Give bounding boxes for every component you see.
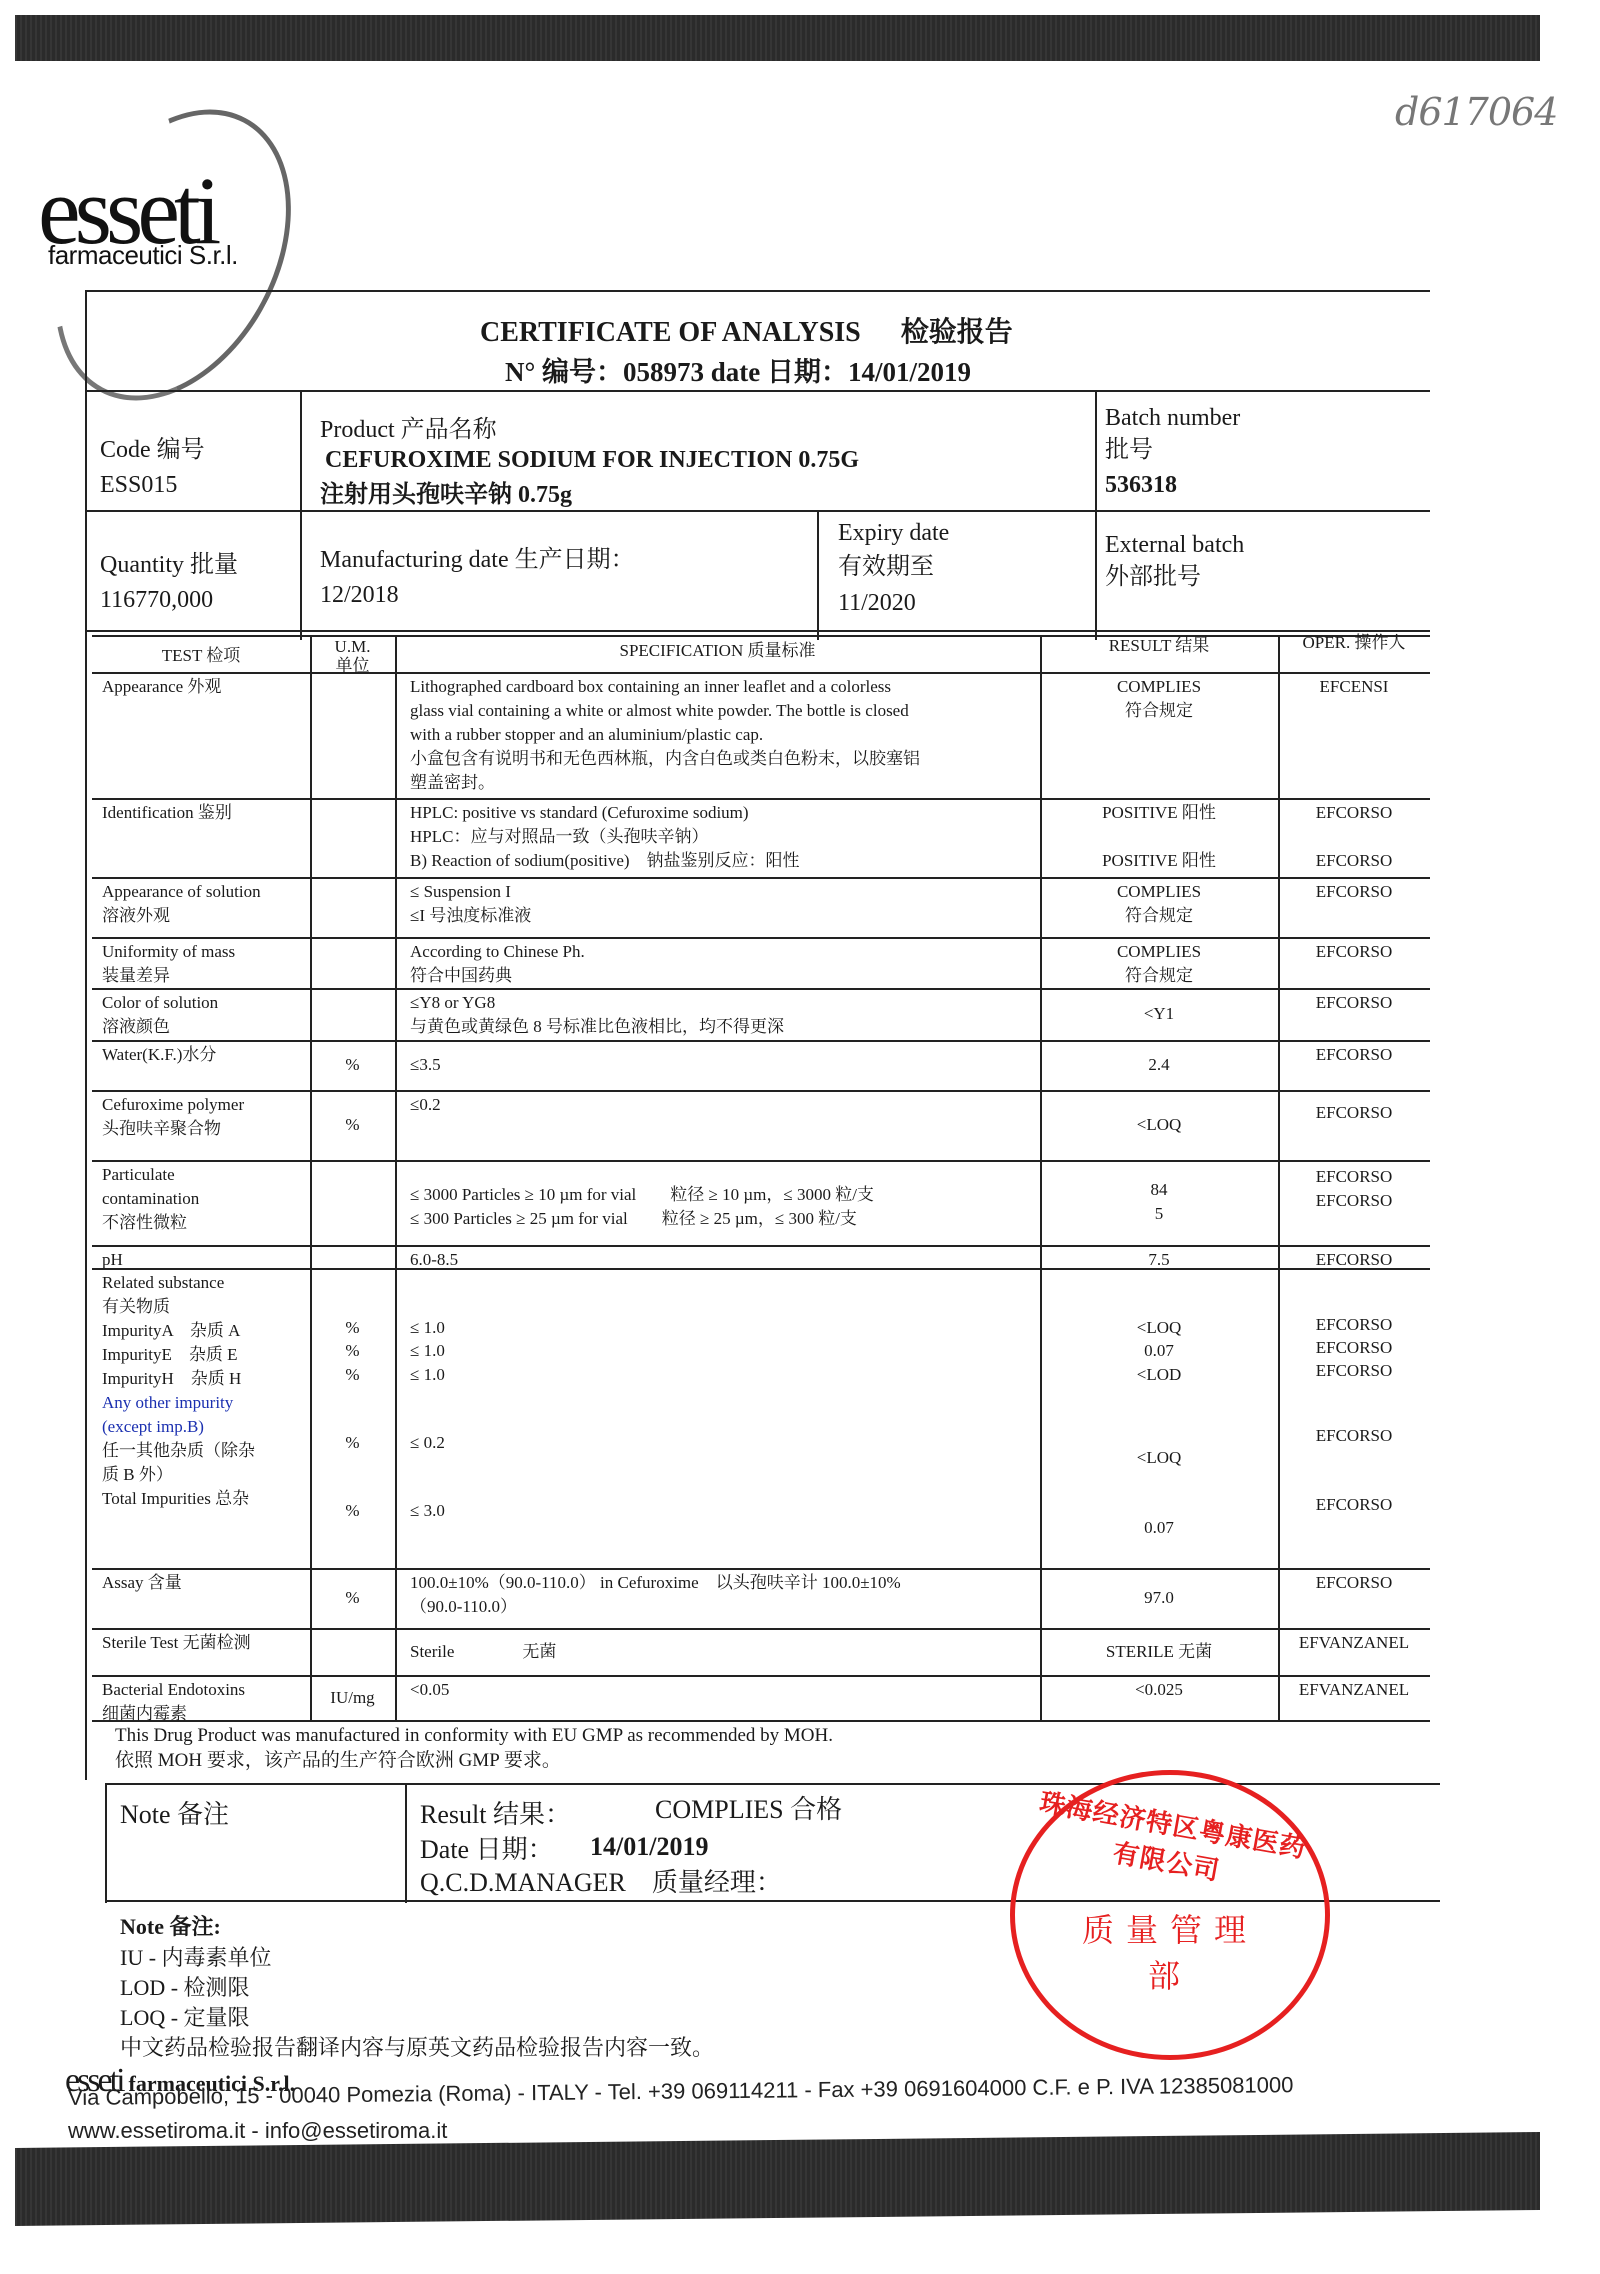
note-item: IU - 内毒素单位 [120,1943,272,1973]
operator: EFCORSO [1278,1166,1430,1188]
test-name: 有关物质 [102,1296,306,1318]
result-value: 符合规定 [1040,965,1278,987]
specification: ≤0.2 [410,1094,1035,1116]
result-value: 97.0 [1040,1587,1278,1609]
operator: EFCORSO [1278,1494,1430,1516]
specification: ≤ 1.0 [410,1364,1035,1386]
specification: ≤ 1.0 [410,1340,1035,1362]
result-value: 符合规定 [1040,905,1278,927]
test-name: Bacterial Endotoxins [102,1679,306,1701]
specification: Lithographed cardboard box containing an… [410,676,1035,698]
specification: ≤ 3000 Particles ≥ 10 µm for vial 粒径 ≥ 1… [410,1184,1035,1206]
company-seal: 珠海经济特区粤康医药有限公司 质量管理部 [1010,1770,1330,2060]
result-value: <LOQ [1040,1114,1278,1136]
test-name: Any other impurity [102,1392,306,1414]
code-value: ESS015 [100,470,177,500]
certificate-number-date: N° 编号：058973 date 日期：14/01/2019 [505,350,971,389]
operator: EFCORSO [1278,1249,1430,1271]
specification: B) Reaction of sodium(positive) 钠盐鉴别反应：阳… [410,850,1035,872]
unit: % [310,1054,395,1076]
company-logo: esseti farmaceutici S.r.l. [38,140,308,350]
external-batch-label-en: External batch [1105,530,1244,560]
note-item: LOD - 检测限 [120,1973,250,2003]
test-name: pH [102,1249,306,1271]
test-name: Sterile Test 无菌检测 [102,1632,306,1654]
result-value: COMPLIES [1040,941,1278,963]
result-value: COMPLIES [1040,676,1278,698]
result-value: <LOQ [1040,1447,1278,1469]
gmp-statement-en: This Drug Product was manufactured in co… [115,1725,833,1747]
test-name: Water(K.F.)水分 [102,1044,306,1066]
test-name: Total Impurities 总杂 [102,1488,306,1510]
result-value: 2.4 [1040,1054,1278,1076]
test-name: Related substance [102,1272,306,1294]
test-name: ImpurityE 杂质 E [102,1344,306,1366]
operator: EFCORSO [1278,1360,1430,1382]
result-value: 符合规定 [1040,700,1278,722]
product-name-en: CEFUROXIME SODIUM FOR INJECTION 0.75G [325,445,859,475]
result-value: 7.5 [1040,1249,1278,1271]
operator: EFCORSO [1278,1190,1430,1212]
operator: EFVANZANEL [1278,1679,1430,1701]
operator: EFCORSO [1278,992,1430,1014]
specification: 塑盖密封。 [410,772,1035,794]
batch-label-cn: 批号 [1105,435,1153,465]
specification: 小盒包含有说明书和无色西林瓶，内含白色或类白色粉末，以胶塞铝 [410,748,1035,770]
specification: with a rubber stopper and an aluminium/p… [410,724,1035,746]
result-value: STERILE 无菌 [1040,1641,1278,1663]
result-value: 84 [1040,1179,1278,1201]
test-name: 细菌内霉素 [102,1703,306,1725]
test-name: Color of solution [102,992,306,1014]
test-name: contamination [102,1188,306,1210]
operator: EFCORSO [1278,941,1430,963]
expiry-label-cn: 有效期至 [838,552,934,582]
test-name: ImpurityH 杂质 H [102,1368,306,1390]
operator: EFCORSO [1278,1572,1430,1594]
header-test: TEST 检项 [92,645,310,667]
test-name: 装量差异 [102,965,306,987]
translation-note: 中文药品检验报告翻译内容与原英文药品检验报告内容一致。 [120,2033,714,2063]
operator: EFCORSO [1278,1314,1430,1336]
specification: HPLC：应与对照品一致（头孢呋辛钠） [410,826,1035,848]
specification: ≤Y8 or YG8 [410,992,1035,1014]
header-specification: SPECIFICATION 质量标准 [395,640,1040,662]
operator: EFCORSO [1278,881,1430,903]
header-result: RESULT 结果 [1040,635,1278,657]
specification: 100.0±10%（90.0-110.0） in Cefuroxime 以头孢呋… [410,1572,1035,1594]
header-um-cn: 单位 [310,655,395,677]
specification: （90.0-110.0） [410,1596,1035,1618]
result-value: COMPLIES [1040,881,1278,903]
result-value: <Y1 [1040,1003,1278,1025]
operator: EFCORSO [1278,1044,1430,1066]
unit: % [310,1364,395,1386]
test-name: Uniformity of mass [102,941,306,963]
qcd-manager-label: Q.C.D.MANAGER 质量经理： [420,1868,782,1898]
test-name: Identification 鉴别 [102,802,306,824]
result-value: 0.07 [1040,1340,1278,1362]
specification: glass vial containing a white or almost … [410,700,1035,722]
product-label: Product 产品名称 [320,415,497,445]
specification: ≤ 1.0 [410,1317,1035,1339]
result-value: COMPLIES 合格 [655,1795,842,1825]
expiry-label-en: Expiry date [838,518,949,548]
specification: ≤ 0.2 [410,1432,1035,1454]
scan-border-bottom [15,2132,1540,2226]
date-label: Date 日期： [420,1835,554,1865]
specification: ≤3.5 [410,1054,1035,1076]
specification: According to Chinese Ph. [410,941,1035,963]
operator: EFVANZANEL [1278,1632,1430,1654]
unit: % [310,1500,395,1522]
specification: 符合中国药典 [410,965,1035,987]
operator: EFCORSO [1278,1102,1430,1124]
unit: % [310,1317,395,1339]
logo-subtitle: farmaceutici S.r.l. [48,240,238,271]
unit: IU/mg [310,1687,395,1709]
test-name: 头孢呋辛聚合物 [102,1118,306,1140]
operator: EFCORSO [1278,1425,1430,1447]
mfg-date-value: 12/2018 [320,580,399,610]
result-label: Result 结果： [420,1800,571,1830]
test-name: ImpurityA 杂质 A [102,1320,306,1342]
quantity-value: 116770,000 [100,585,213,615]
operator: EFCORSO [1278,1337,1430,1359]
specification: Sterile 无菌 [410,1641,1035,1663]
specification: ≤ 3.0 [410,1500,1035,1522]
batch-value: 536318 [1105,470,1177,500]
test-name: (except imp.B) [102,1416,306,1438]
code-label: Code 编号 [100,435,205,465]
header-operator: OPER. 操作人 [1278,632,1430,654]
result-value: POSITIVE 阳性 [1040,850,1278,872]
operator: EFCORSO [1278,802,1430,824]
operator: EFCORSO [1278,850,1430,872]
quantity-label: Quantity 批量 [100,550,238,580]
unit: % [310,1587,395,1609]
note-label: Note 备注 [120,1800,229,1830]
external-batch-label-cn: 外部批号 [1105,562,1201,592]
test-name: 不溶性微粒 [102,1212,306,1234]
unit: % [310,1340,395,1362]
seal-department: 质量管理部 [1065,1905,1275,1997]
test-name: 质 B 外） [102,1464,306,1486]
seal-company-name: 珠海经济特区粤康医药有限公司 [1031,1782,1310,1902]
test-name: Appearance 外观 [102,676,306,698]
test-name: 溶液颜色 [102,1016,306,1038]
mfg-date-label: Manufacturing date 生产日期： [320,545,635,575]
handwritten-reference: d617064 [1395,90,1557,134]
specification: HPLC: positive vs standard (Cefuroxime s… [410,802,1035,824]
gmp-statement-cn: 依照 MOH 要求，该产品的生产符合欧洲 GMP 要求。 [115,1750,561,1772]
test-name: Cefuroxime polymer [102,1094,306,1116]
note-item: LOQ - 定量限 [120,2003,250,2033]
unit: % [310,1432,395,1454]
specification: ≤ Suspension I [410,881,1035,903]
test-name: 溶液外观 [102,905,306,927]
result-value: 0.07 [1040,1517,1278,1539]
expiry-value: 11/2020 [838,588,916,618]
test-name: Assay 含量 [102,1572,306,1594]
product-name-cn: 注射用头孢呋辛钠 0.75g [320,480,572,510]
footer-web: www.essetiroma.it - info@essetiroma.it [68,2118,447,2144]
result-value: 5 [1040,1203,1278,1225]
result-value: <0.025 [1040,1679,1278,1701]
result-value: POSITIVE 阳性 [1040,802,1278,824]
certificate-title: CERTIFICATE OF ANALYSIS检验报告 [480,310,1013,350]
specification: <0.05 [410,1679,1035,1701]
operator: EFCENSI [1278,676,1430,698]
test-name: 任一其他杂质（除杂 [102,1440,306,1462]
test-name: Particulate [102,1164,306,1186]
specification: 6.0-8.5 [410,1249,1035,1271]
specification: ≤ 300 Particles ≥ 25 µm for vial 粒径 ≥ 25… [410,1208,1035,1230]
specification: ≤I 号浊度标准液 [410,905,1035,927]
unit: % [310,1114,395,1136]
specification: 与黄色或黄绿色 8 号标准比色液相比，均不得更深 [410,1016,1035,1038]
date-value: 14/01/2019 [590,1832,708,1862]
result-value: <LOQ [1040,1317,1278,1339]
result-value: <LOD [1040,1364,1278,1386]
scan-border-top [15,15,1540,61]
notes-title: Note 备注: [120,1912,221,1942]
test-name: Appearance of solution [102,881,306,903]
batch-label-en: Batch number [1105,403,1240,433]
